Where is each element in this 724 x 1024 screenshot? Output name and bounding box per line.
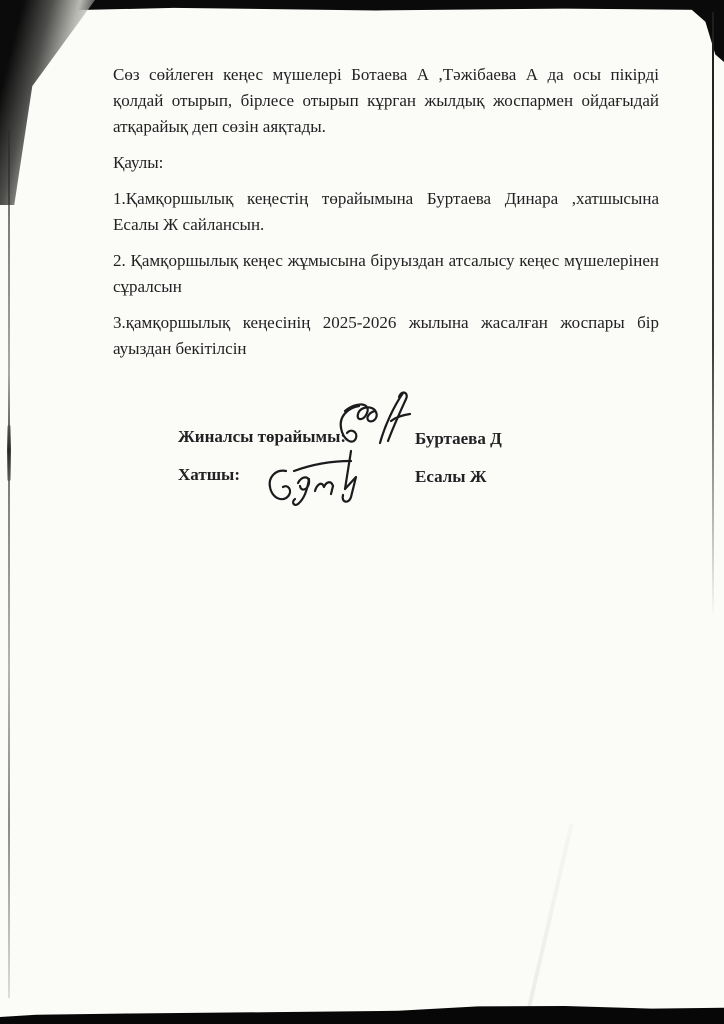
scan-edge-blob-left (7, 425, 11, 481)
signature-name-secretary: Есалы Ж (415, 464, 487, 490)
scanned-document-page: Сөз сөйлеген кеңес мүшелері Ботаева А ,Т… (0, 0, 724, 1024)
paragraph-speech-summary: Сөз сөйлеген кеңес мүшелері Ботаева А ,Т… (113, 62, 659, 140)
resolution-item-1: 1.Қамқоршылық кеңестің төрайымына Буртае… (113, 186, 659, 238)
scan-border-top (0, 0, 724, 11)
scan-curled-corner-top-left (0, 0, 95, 205)
signature-block: Жиналсы төрайымы: Буртаева Д Хатшы: (113, 412, 659, 532)
handwritten-signature-icon (258, 448, 368, 516)
scan-border-bottom (0, 1002, 724, 1024)
resolution-heading: Қаулы: (113, 150, 659, 176)
scan-crease (527, 824, 574, 1010)
signature-label-chairwoman: Жиналсы төрайымы: (178, 424, 346, 450)
document-body-text: Сөз сөйлеген кеңес мүшелері Ботаева А ,Т… (113, 62, 659, 532)
resolution-item-2: 2. Қамқоршылық кеңес жұмысына біруыздан … (113, 248, 659, 300)
signature-label-secretary: Хатшы: (178, 462, 240, 488)
scan-edge-line-left (8, 130, 10, 998)
signature-name-chairwoman: Буртаева Д (415, 426, 502, 452)
resolution-item-3: 3.қамқоршылық кеңесінің 2025-2026 жылына… (113, 310, 659, 362)
scan-edge-line-right (712, 12, 714, 617)
